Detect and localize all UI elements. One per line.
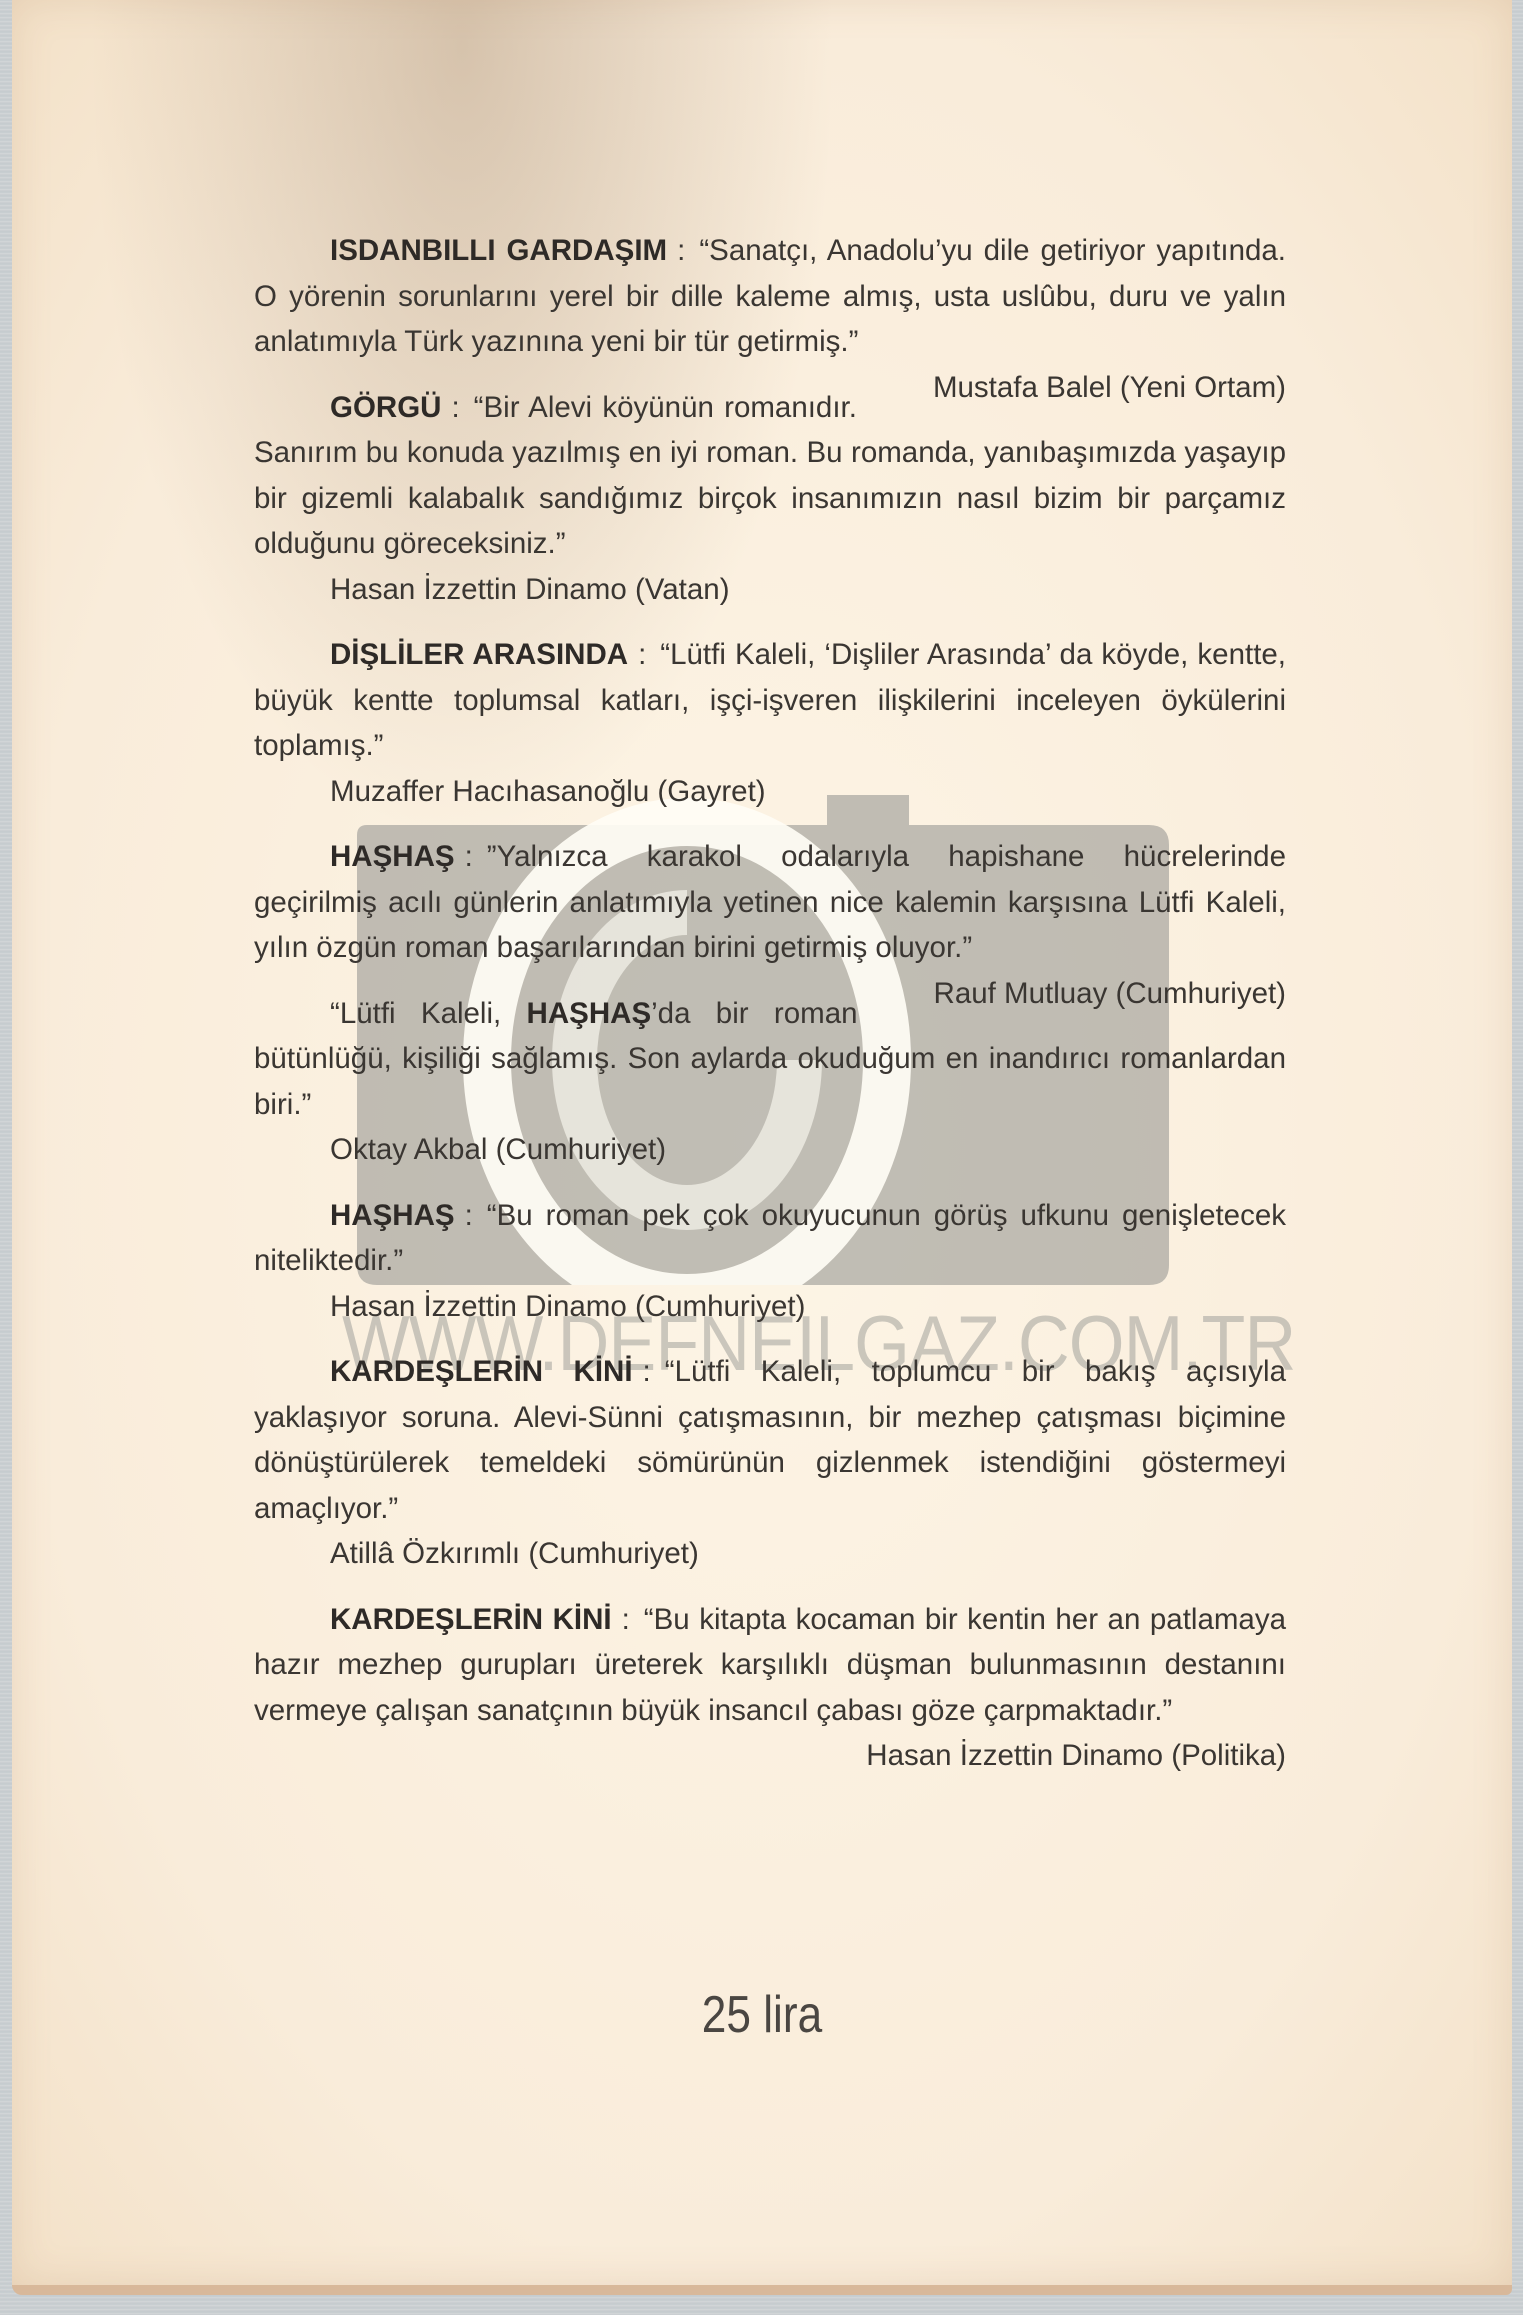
review-item: DİŞLİLER ARASINDA:“Lütfi Kaleli, ‘Dişlil… (254, 632, 1286, 814)
separator: : (455, 1199, 487, 1232)
book-title: ISDANBILLI GARDAŞIM (330, 234, 667, 267)
separator: : (633, 1355, 665, 1388)
review-item: KARDEŞLERİN KİNİ:“Bu kitapta kocaman bir… (254, 1597, 1286, 1734)
price-label: 25 lira (125, 1985, 1400, 2045)
reviews-list: ISDANBILLI GARDAŞIM:“Sanatçı, Anadolu’yu… (254, 228, 1286, 1779)
book-title: HAŞHAŞ (330, 1199, 455, 1232)
review-item: GÖRGÜ:“Bir Alevi köyünün romanıdır. Sanı… (254, 385, 1286, 613)
review-attribution: Rauf Mutluay (Cumhuriyet) (858, 971, 1286, 1017)
separator: : (628, 638, 660, 671)
review-item: “Lütfi Kaleli, HAŞHAŞ’da bir roman bütün… (254, 991, 1286, 1173)
review-item: HAŞHAŞ:“Bu roman pek çok okuyucunun görü… (254, 1193, 1286, 1330)
review-attribution: Hasan İzzettin Dinamo (Vatan) (254, 567, 1286, 613)
review-item: KARDEŞLERİN KİNİ:“Lütfi Kaleli, toplumcu… (254, 1349, 1286, 1577)
review-attribution: Oktay Akbal (Cumhuriyet) (254, 1127, 1286, 1173)
book-title: GÖRGÜ (330, 391, 441, 424)
review-item: ISDANBILLI GARDAŞIM:“Sanatçı, Anadolu’yu… (254, 228, 1286, 365)
review-item: HAŞHAŞ:”Yalnızca karakol odalarıyla hapi… (254, 834, 1286, 971)
separator: : (455, 840, 487, 873)
book-back-cover: WWW.DEFNEILGAZ.COM.TR ISDANBILLI GARDAŞI… (12, 0, 1512, 2295)
book-title: KARDEŞLERİN KİNİ (330, 1355, 633, 1388)
review-attribution: Hasan İzzettin Dinamo (Cumhuriyet) (254, 1284, 1286, 1330)
review-attribution: Hasan İzzettin Dinamo (Politika) (790, 1733, 1286, 1779)
separator: : (441, 391, 473, 424)
book-title: HAŞHAŞ (527, 997, 652, 1030)
review-attribution: Mustafa Balel (Yeni Ortam) (857, 365, 1286, 411)
review-quote-start: “Lütfi Kaleli, (330, 997, 527, 1030)
book-title: KARDEŞLERİN KİNİ (330, 1603, 612, 1636)
separator: : (612, 1603, 644, 1636)
review-attribution: Atillâ Özkırımlı (Cumhuriyet) (254, 1531, 1286, 1577)
book-title: DİŞLİLER ARASINDA (330, 638, 628, 671)
book-title: HAŞHAŞ (330, 840, 455, 873)
review-attribution: Muzaffer Hacıhasanoğlu (Gayret) (254, 769, 1286, 815)
separator: : (667, 234, 699, 267)
